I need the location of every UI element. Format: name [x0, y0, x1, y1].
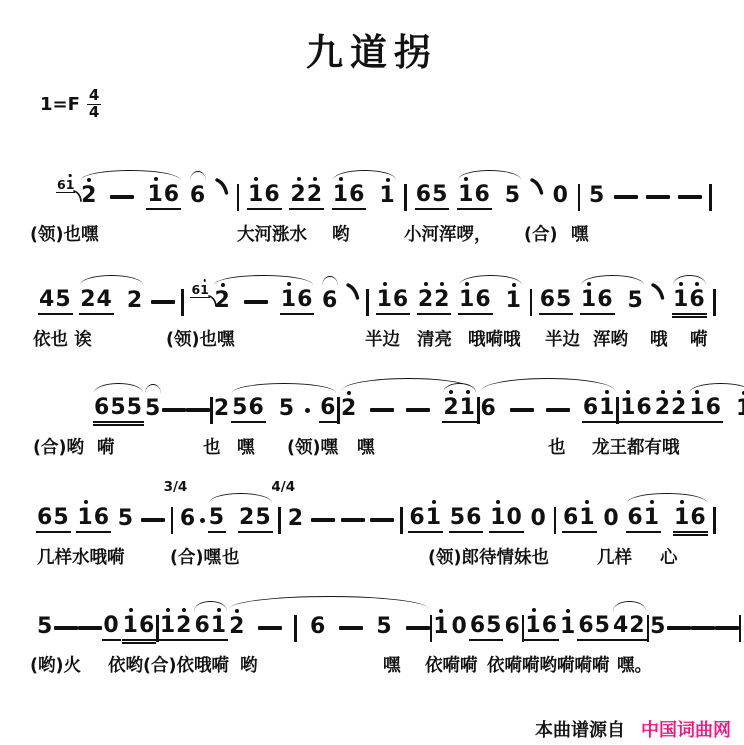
note: 45	[38, 289, 73, 315]
lyric-segment: 依嗬嗬哟嗬嗬嗬	[487, 652, 610, 677]
note: 2	[228, 616, 246, 640]
note-digit: 0	[603, 508, 619, 530]
note-digit: 1	[77, 507, 93, 529]
lyrics-row: (哟)火依哟(合)依哦嗬哟嘿依嗬嗬依嗬嗬哟嗬嗬嗬嘿。	[0, 652, 744, 678]
note-digit: 6	[474, 184, 490, 206]
note: 65	[415, 184, 450, 210]
note: 16	[619, 397, 654, 423]
key-tonic: 1=F	[40, 94, 80, 115]
note: 2	[80, 185, 98, 209]
note: 5	[588, 185, 606, 209]
note-digit: 4	[39, 289, 55, 311]
note-digit: 5	[145, 398, 161, 420]
lyric-segment: 几样	[597, 544, 632, 569]
lyric-segment: 小河浑啰，	[404, 221, 492, 246]
slur-group: 221	[340, 397, 477, 423]
note: 16	[376, 289, 411, 315]
slur-group: 161	[688, 397, 744, 423]
slur-group: 6	[321, 290, 339, 314]
credit-prefix: 本曲谱源自	[535, 716, 625, 742]
note-digit: 6	[164, 184, 180, 206]
music-system-4: 651653/465254/4261561006106116几样水哦嗬(合)嘿也…	[0, 489, 744, 589]
note: 56	[449, 507, 484, 533]
lyric-segment: 嘿	[383, 652, 401, 677]
duration-dash	[546, 408, 570, 412]
note-digit: 6	[597, 289, 613, 311]
note-digit: 2	[288, 508, 304, 530]
slur-group: 5	[144, 398, 162, 422]
note-digit: 5	[589, 185, 605, 207]
note-digit: 6	[409, 507, 425, 529]
note: 61	[408, 507, 443, 533]
note: 6	[321, 290, 339, 314]
source-credit: 本曲谱源自 中国词曲网	[535, 716, 731, 742]
note: 16	[122, 615, 157, 641]
duration-dash	[162, 408, 186, 412]
final-barline	[739, 615, 744, 642]
note-digit: 5	[53, 507, 69, 529]
breath-mark	[651, 283, 665, 304]
slur-group: 165	[457, 184, 522, 210]
note-digit: 6	[689, 289, 705, 311]
note-digit: 1	[211, 615, 227, 637]
note-cluster: 016	[102, 615, 156, 641]
note: 0	[451, 616, 469, 640]
note-digit: 1	[689, 397, 705, 419]
slur-group: 16	[672, 289, 707, 315]
note-digit: 2	[290, 184, 306, 206]
note-digit: 6	[191, 284, 200, 297]
note-digit: 5	[37, 616, 53, 638]
duration-dash	[678, 195, 702, 199]
note-digit: 5	[376, 616, 392, 638]
note-digit: 6	[94, 397, 110, 419]
slur-group: 661	[480, 397, 617, 423]
note: 5	[504, 185, 522, 209]
note-digit: 5	[432, 184, 448, 206]
augmentation-dot	[305, 408, 310, 413]
note: 0	[552, 185, 570, 209]
note-digit: 1	[460, 397, 476, 419]
lyric-segment: 哦嗬哦	[468, 326, 521, 351]
lyric-segment: 哦	[650, 326, 668, 351]
note-digit: 2	[434, 289, 450, 311]
note-digit: 1	[506, 290, 522, 312]
lyric-segment: 嗬	[690, 326, 708, 351]
lyric-segment: (合)	[524, 221, 558, 246]
note: 6	[503, 616, 521, 640]
note: 12	[159, 615, 194, 641]
note-digit: 1	[736, 398, 744, 420]
note: 2	[126, 290, 144, 314]
note: 2	[213, 398, 231, 422]
lyric-segment: 嗬	[97, 434, 115, 459]
note: 16	[672, 289, 707, 315]
note: 6	[179, 508, 197, 532]
lyrics-row: (领)也嘿大河涨水哟小河浑啰，(合)嘿	[0, 221, 744, 247]
barline	[294, 615, 297, 642]
note: 0	[602, 508, 620, 532]
notation-row: 6555256562216611622161	[93, 393, 717, 427]
note: 16	[280, 289, 315, 315]
note: 61	[626, 507, 661, 533]
note-digit: 2	[443, 397, 459, 419]
note-digit: 2	[341, 398, 357, 420]
note-digit: 0	[506, 507, 522, 529]
note: 5	[117, 508, 135, 532]
duration-dash	[646, 195, 670, 199]
lyric-segment: (领)也嘿	[166, 326, 235, 351]
note-digit: 6	[310, 616, 326, 638]
note: 5	[208, 507, 226, 533]
duration-dash	[110, 195, 134, 199]
note-digit: 6	[583, 397, 599, 419]
duration-dash	[258, 626, 282, 630]
duration-dash	[311, 518, 335, 522]
note-digit: 1	[333, 184, 349, 206]
lyric-segment: (合)哟	[33, 434, 84, 459]
note: 16	[580, 289, 615, 315]
slur-group: 265	[228, 615, 430, 642]
note-digit: 6	[37, 507, 53, 529]
duration-dash	[406, 408, 430, 412]
lyric-segment: 也	[222, 544, 240, 569]
note-digit: 1	[459, 289, 475, 311]
note: 1	[559, 616, 577, 640]
note-digit: 6	[349, 184, 365, 206]
duration-dash	[78, 626, 102, 630]
barline	[237, 184, 240, 211]
note: 1	[378, 185, 396, 209]
note: 6	[480, 398, 498, 422]
music-system-5: 501612612651065616165425(哟)火依哟(合)依哦嗬哟嘿依嗬…	[0, 597, 744, 697]
duration-dash	[406, 626, 430, 630]
note: 65	[469, 615, 504, 641]
notation-row: 651653/465254/4261561006106116	[36, 503, 716, 537]
note-digit: 1	[620, 397, 636, 419]
note: 16	[688, 397, 723, 423]
note-digit: 6	[264, 184, 280, 206]
note: 65	[36, 507, 71, 533]
slur-group: 5656	[231, 397, 337, 423]
barline	[530, 289, 533, 316]
note-digit: 4	[97, 289, 113, 311]
song-title: 九道拐	[0, 22, 744, 76]
lyric-segment: 也	[203, 434, 221, 459]
lyrics-row: (合)哟嗬也嘿(领)嘿嘿也龙王都有哦	[0, 434, 744, 460]
note: 22	[417, 289, 452, 315]
slur-group: 216	[213, 289, 314, 315]
note: 61	[582, 397, 617, 423]
note: 5	[144, 398, 162, 422]
sheet-music-page: 九道拐 1=F 4 4 61216616221616516505(领)也嘿大河涨…	[0, 0, 744, 745]
note: 5	[36, 616, 54, 640]
note-digit: 1	[599, 397, 615, 419]
slur-group: 161	[332, 184, 397, 210]
breath-mark	[530, 178, 544, 199]
slur-group: 6116	[626, 507, 707, 533]
note-digit: 1	[147, 184, 163, 206]
note: 16	[76, 507, 111, 533]
note-digit: 5	[110, 397, 126, 419]
lyric-segment: 半边	[365, 326, 400, 351]
note-digit: 6	[540, 289, 556, 311]
key-signature: 1=F 4 4	[40, 88, 101, 121]
note-digit: 1	[673, 289, 689, 311]
lyric-segment: 嘿	[571, 221, 589, 246]
note: 5	[375, 616, 393, 640]
duration-dash	[510, 408, 534, 412]
note-digit: 6	[248, 397, 264, 419]
note-digit: 1	[560, 616, 576, 638]
note: 16	[457, 184, 492, 210]
note-digit: 4	[613, 615, 629, 637]
note-digit: 2	[655, 397, 671, 419]
note-digit: 6	[466, 507, 482, 529]
note-digit: 2	[307, 184, 323, 206]
note-digit: 5	[628, 290, 644, 312]
barline: 4/4	[278, 507, 281, 534]
note-digit: 5	[55, 289, 71, 311]
lyric-segment: 半边	[545, 326, 580, 351]
note-digit: 1	[433, 616, 449, 638]
lyrics-row: 依也 诶(领)也嘿半边清亮哦嗬哦半边浑哟哦嗬	[0, 326, 744, 352]
note-digit: 5	[505, 185, 521, 207]
credit-site-link[interactable]: 中国词曲网	[641, 716, 731, 742]
note: 1	[505, 290, 523, 314]
lyric-segment: 依哟(合)依哦嗬	[108, 652, 229, 677]
note: 61	[193, 615, 228, 641]
note-digit: 1	[579, 507, 595, 529]
lyric-segment: 也	[548, 434, 566, 459]
note: 1	[735, 398, 744, 422]
grace-notes: 61	[190, 284, 209, 299]
lyric-segment: 哟	[332, 221, 350, 246]
duration-dash	[341, 518, 365, 522]
note: 16	[458, 289, 493, 315]
note: 5	[278, 398, 296, 422]
note: 5	[627, 290, 645, 314]
note-digit: 1	[160, 615, 176, 637]
note-digit: 2	[239, 507, 255, 529]
barline	[181, 289, 184, 316]
note-digit: 5	[232, 397, 248, 419]
music-system-2: 4524261216616221616516516依也 诶(领)也嘿半边清亮哦嗬…	[0, 271, 744, 371]
note: 61	[562, 507, 597, 533]
meter-denominator: 4	[87, 104, 101, 121]
note-digit: 6	[416, 184, 432, 206]
lyric-segment: 浑哟	[593, 326, 628, 351]
note: 1	[432, 616, 450, 640]
note: 16	[247, 184, 282, 210]
breath-mark	[346, 283, 360, 304]
note: 24	[79, 289, 114, 315]
note-digit: 0	[452, 616, 468, 638]
note-digit: 6	[297, 289, 313, 311]
duration-dash	[614, 195, 638, 199]
slur-group: 161	[458, 289, 523, 315]
slur-group: 216	[80, 184, 181, 210]
note-digit: 6	[627, 507, 643, 529]
duration-dash	[370, 518, 394, 522]
barline	[578, 184, 581, 211]
duration-dash	[691, 626, 715, 630]
meter-numerator: 4	[87, 88, 101, 104]
note-digit: 0	[531, 508, 547, 530]
lyric-segment: 大河涨水	[237, 221, 307, 246]
note-digit: 5	[127, 397, 143, 419]
note: 16	[146, 184, 181, 210]
lyric-segment: 心	[660, 544, 678, 569]
note: 6	[319, 397, 337, 423]
note: 2	[287, 508, 305, 532]
note-digit: 2	[80, 289, 96, 311]
note-digit: 6	[706, 397, 722, 419]
lyric-segment: 清亮	[417, 326, 452, 351]
note: 42	[612, 615, 647, 641]
note-digit: 5	[209, 507, 225, 529]
note-digit: 2	[127, 290, 143, 312]
lyric-segment: (领)也嘿	[30, 221, 99, 246]
note-digit: 1	[490, 507, 506, 529]
slur-group: 242	[79, 289, 144, 315]
note: 10	[489, 507, 524, 533]
lyric-segment: (哟)火	[30, 652, 81, 677]
note-digit: 5	[118, 508, 134, 530]
barline	[400, 507, 403, 534]
note-digit: 6	[57, 179, 66, 192]
slur-group: 655	[93, 397, 144, 423]
note-digit: 5	[556, 289, 572, 311]
duration-dash	[54, 626, 78, 630]
lyric-segment: 嘿。	[617, 652, 652, 677]
note-digit: 6	[636, 397, 652, 419]
note-digit: 6	[690, 507, 706, 529]
note-digit: 1	[674, 507, 690, 529]
lyrics-row: 几样水哦嗬(合)嘿也(领)郎待情妹也几样心	[0, 544, 744, 570]
barline: 3/4	[171, 507, 174, 534]
slur-group: 525	[208, 507, 273, 533]
augmentation-dot	[200, 518, 205, 523]
note-digit: 2	[214, 290, 230, 312]
note-digit: 5	[486, 615, 502, 637]
slur-group: 165	[580, 289, 645, 315]
lyric-segment: 嘿	[237, 434, 255, 459]
barline	[366, 289, 369, 316]
note: 16	[673, 507, 708, 533]
note-digit: 6	[190, 185, 206, 207]
note: 655	[93, 397, 144, 423]
note-digit: 6	[393, 289, 409, 311]
note-digit: 1	[644, 507, 660, 529]
barline	[709, 184, 712, 211]
note-digit: 2	[418, 289, 434, 311]
note-digit: 2	[229, 616, 245, 638]
note-digit: 1	[123, 615, 139, 637]
barline	[554, 507, 557, 534]
note-digit: 1	[525, 615, 541, 637]
note-digit: 5	[650, 616, 666, 638]
note-digit: 6	[194, 615, 210, 637]
note-digit: 1	[281, 289, 297, 311]
duration-dash	[667, 626, 691, 630]
slur-group: 6	[189, 185, 207, 209]
lyric-segment: 哟	[240, 652, 258, 677]
barline	[404, 184, 407, 211]
notation-row: 501612612651065616165425	[36, 611, 712, 645]
duration-dash	[715, 626, 739, 630]
note-digit: 0	[553, 185, 569, 207]
note-digit: 6	[470, 615, 486, 637]
note-digit: 6	[504, 616, 520, 638]
music-system-1: 61216616221616516505(领)也嘿大河涨水哟小河浑啰，(合)嘿	[0, 166, 744, 266]
note-digit: 5	[279, 398, 295, 420]
duration-dash	[339, 626, 363, 630]
duration-dash	[141, 518, 165, 522]
lyric-segment: (领)嘿	[287, 434, 338, 459]
note-digit: 6	[542, 615, 558, 637]
duration-dash	[370, 408, 394, 412]
note-digit: 6	[180, 508, 196, 530]
note-digit: 6	[563, 507, 579, 529]
barline	[713, 507, 716, 534]
notation-row: 4524261216616221616516516	[38, 285, 716, 319]
note-digit: 5	[450, 507, 466, 529]
time-signature: 4 4	[87, 88, 101, 121]
note-digit: 1	[377, 289, 393, 311]
note: 65	[577, 615, 612, 641]
lyric-segment: 几样水哦嗬	[37, 544, 125, 569]
slur-group: 21	[442, 397, 477, 423]
note: 2	[340, 398, 358, 422]
time-signature-change: 3/4	[164, 479, 188, 495]
note: 22	[289, 184, 324, 210]
notation-row: 61216616221616516505	[56, 180, 712, 214]
lyric-segment: 嘿	[357, 434, 375, 459]
note-digit: 1	[379, 185, 395, 207]
note: 65	[539, 289, 574, 315]
note: 2	[213, 290, 231, 314]
duration-dash	[151, 300, 175, 304]
note-digit: 2	[176, 615, 192, 637]
note-digit: 2	[629, 615, 645, 637]
lyric-segment: 龙王都有哦	[592, 434, 680, 459]
note-digit: 1	[426, 507, 442, 529]
note-digit: 1	[248, 184, 264, 206]
note-digit: 1	[458, 184, 474, 206]
barline	[713, 289, 716, 316]
grace-notes: 61	[56, 179, 75, 194]
note: 5	[649, 616, 667, 640]
lyric-segment: 依也 诶	[33, 326, 92, 351]
note-digit: 2	[81, 185, 97, 207]
note: 25	[238, 507, 273, 533]
duration-dash	[244, 300, 268, 304]
note: 6	[309, 616, 327, 640]
note: 6	[189, 185, 207, 209]
lyric-segment: (领)郎待情妹也	[428, 544, 549, 569]
note-digit: 2	[671, 397, 687, 419]
lyric-segment: 依嗬嗬	[425, 652, 478, 677]
note: 21	[442, 397, 477, 423]
breath-mark	[215, 178, 229, 199]
note: 16	[524, 615, 559, 641]
slur-group: 61	[193, 615, 228, 641]
music-system-3: 6555256562216611622161(合)哟嗬也嘿(领)嘿嘿也龙王都有哦	[0, 379, 744, 479]
note-digit: 6	[475, 289, 491, 311]
note-digit: 5	[595, 615, 611, 637]
note-digit: 6	[578, 615, 594, 637]
